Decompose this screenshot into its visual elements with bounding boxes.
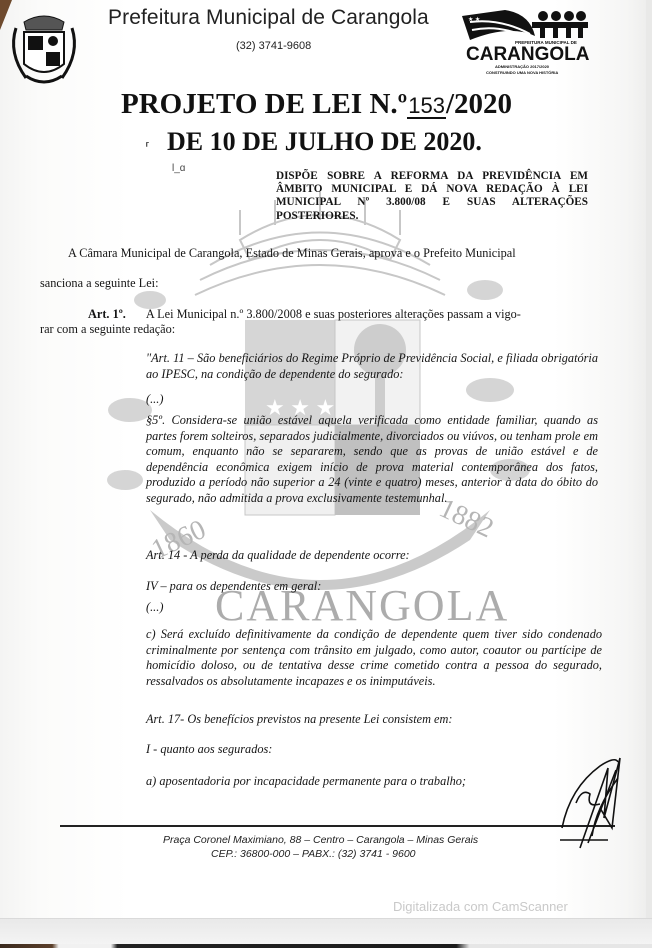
law-date: DE 10 DE JULHO DE 2020. xyxy=(167,127,482,157)
quoted-item-a: a) aposentadoria por incapacidade perman… xyxy=(146,774,466,790)
quoted-item-iv: IV – para os dependentes em geral: xyxy=(146,579,321,595)
quoted-article-11: "Art. 11 – São beneficiários do Regime P… xyxy=(146,351,598,382)
article-1: Art. 1º.A Lei Municipal n.º 3.800/2008 e… xyxy=(88,307,521,321)
law-ementa: DISPÕE SOBRE A REFORMA DA PREVIDÊNCIA EM… xyxy=(276,170,588,223)
pen-mark: ⸢ xyxy=(145,140,150,156)
camscanner-watermark: Digitalizada com CamScanner xyxy=(393,899,568,914)
svg-text:CARANGOLA: CARANGOLA xyxy=(466,44,590,65)
signature-icon xyxy=(560,748,640,858)
svg-text:ADMINISTRAÇÃO 2017/2020: ADMINISTRAÇÃO 2017/2020 xyxy=(495,64,550,69)
quoted-ellipsis: (...) xyxy=(146,392,163,408)
footer-divider xyxy=(60,825,615,827)
article-1-label: Art. 1º. xyxy=(88,307,126,321)
law-title: PROJETO DE LEI N.º153/2020 xyxy=(121,88,512,121)
administration-logo-icon: ★ ★ PREFEITURA MUNICIPAL DE CARANGOLA AD… xyxy=(460,6,595,76)
scanned-page: ★ ★ ★ 1860 1882 CARANGOLA Prefeitura Mun… xyxy=(0,0,652,918)
page-edge xyxy=(646,0,652,918)
quoted-paragraph-5: §5º. Considera-se união estável aquela v… xyxy=(146,413,598,506)
header-title: Prefeitura Municipal de Carangola xyxy=(108,6,429,30)
footer-address: Praça Coronel Maximiano, 88 – Centro – C… xyxy=(163,834,478,846)
enactment-line-1: A Câmara Municipal de Carangola, Estado … xyxy=(68,246,516,260)
header-phone: (32) 3741-9608 xyxy=(236,40,311,52)
quoted-article-14: Art. 14 - A perda da qualidade de depend… xyxy=(146,548,410,564)
quoted-item-i: I - quanto aos segurados: xyxy=(146,742,272,758)
article-1-continuation: rar com a seguinte redação: xyxy=(40,322,175,336)
article-1-text: A Lei Municipal n.º 3.800/2008 e suas po… xyxy=(146,307,521,321)
svg-text:★ ★: ★ ★ xyxy=(468,16,480,23)
enactment-line-2: sanciona a seguinte Lei: xyxy=(40,276,158,290)
footer-contact: CEP.: 36800-000 – PABX.: (32) 3741 - 960… xyxy=(211,848,416,860)
law-number-handwritten: 153 xyxy=(407,95,446,119)
law-title-prefix: PROJETO DE LEI N.º xyxy=(121,88,407,120)
quoted-item-c: c) Será excluído definitivamente da cond… xyxy=(146,627,602,689)
quoted-ellipsis: (...) xyxy=(146,600,163,616)
pen-mark: l_ɑ xyxy=(172,163,185,174)
law-title-suffix: /2020 xyxy=(446,88,512,120)
coat-of-arms-icon xyxy=(6,8,82,90)
svg-text:CONSTRUINDO UMA NOVA HISTÓRIA: CONSTRUINDO UMA NOVA HISTÓRIA xyxy=(486,70,558,75)
viewer-bottom-bar xyxy=(0,918,652,945)
viewer-bottom-strip xyxy=(0,944,652,948)
quoted-article-17: Art. 17- Os benefícios previstos na pres… xyxy=(146,712,452,728)
